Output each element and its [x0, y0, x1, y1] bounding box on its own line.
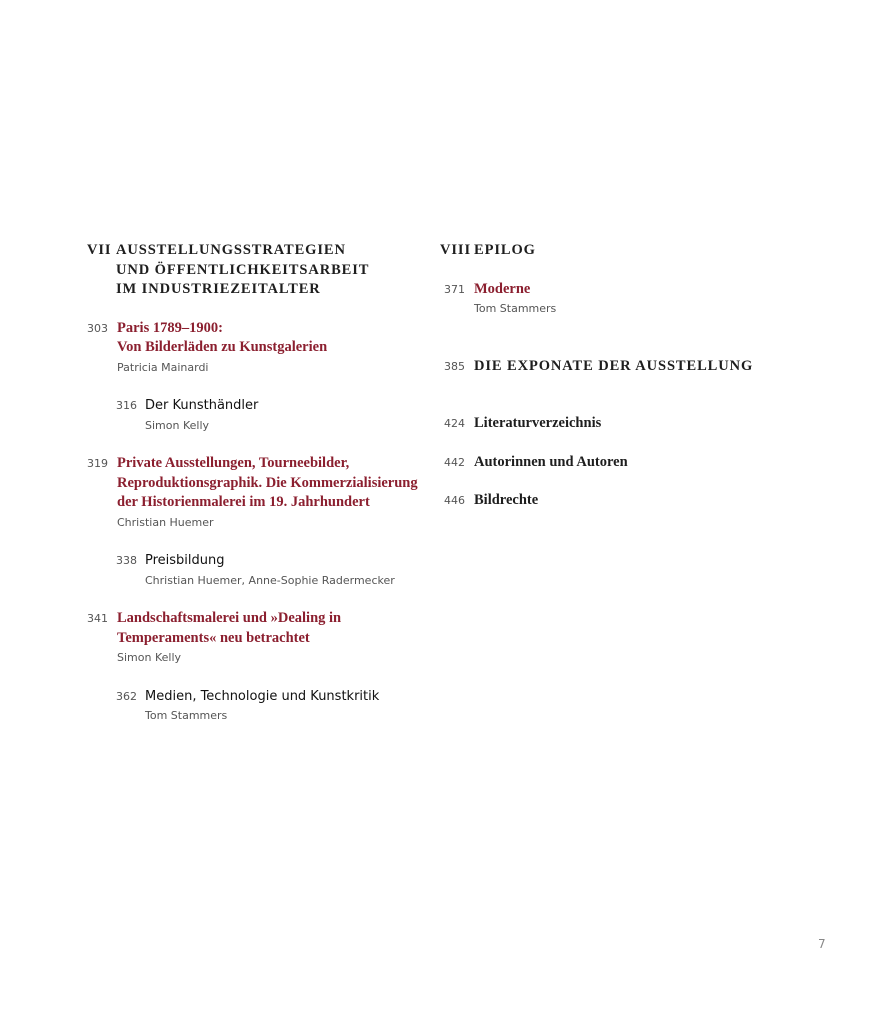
entry-title: Literaturverzeichnis: [474, 414, 601, 434]
section-title-line: AUSSTELLUNGSSTRATEGIEN: [116, 241, 369, 261]
page-ref: 385: [444, 357, 474, 377]
page-ref: 362: [116, 687, 145, 726]
page-ref: 442: [444, 453, 474, 473]
toc-subentry[interactable]: 316 Der Kunsthändler Simon Kelly: [116, 396, 432, 435]
page-ref: 371: [444, 280, 474, 319]
toc-left-column: VII AUSSTELLUNGSSTRATEGIEN UND ÖFFENTLIC…: [87, 241, 432, 726]
section-title-line: UND ÖFFENTLICHKEITSARBEIT: [116, 261, 369, 281]
page-ref: 446: [444, 491, 474, 511]
entry-title: Autorinnen und Autoren: [474, 453, 628, 473]
page-ref: 341: [87, 609, 117, 668]
section-title-line: IM INDUSTRIEZEITALTER: [116, 280, 369, 300]
entry-title: Landschaftsmalerei und »Dealing in: [117, 609, 341, 629]
section-heading-viii: VIII EPILOG: [440, 241, 785, 261]
toc-subentry[interactable]: 362 Medien, Technologie und Kunstkritik …: [116, 687, 432, 726]
entry-author: Christian Huemer, Anne-Sophie Radermecke…: [145, 571, 395, 591]
entry-title: DIE EXPONATE DER AUSSTELLUNG: [474, 357, 753, 377]
entry-author: Simon Kelly: [117, 648, 341, 668]
entry-title: Moderne: [474, 280, 556, 300]
entry-title: Temperaments« neu betrachtet: [117, 629, 341, 649]
toc-entry[interactable]: 371 Moderne Tom Stammers: [444, 280, 785, 319]
entry-title: Preisbildung: [145, 551, 395, 571]
toc-entry[interactable]: 341 Landschaftsmalerei und »Dealing in T…: [87, 609, 432, 668]
section-title-line: EPILOG: [474, 241, 536, 261]
entry-author: Tom Stammers: [474, 299, 556, 319]
section-numeral: VIII: [440, 241, 474, 261]
page-ref: 338: [116, 551, 145, 590]
section-heading-vii: VII AUSSTELLUNGSSTRATEGIEN UND ÖFFENTLIC…: [87, 241, 432, 300]
page-ref: 319: [87, 454, 117, 532]
toc-page: VII AUSSTELLUNGSSTRATEGIEN UND ÖFFENTLIC…: [0, 0, 874, 1020]
entry-author: Simon Kelly: [145, 416, 258, 436]
section-numeral: VII: [87, 241, 116, 300]
toc-subentry[interactable]: 338 Preisbildung Christian Huemer, Anne-…: [116, 551, 432, 590]
page-ref: 424: [444, 414, 474, 434]
entry-title: Bildrechte: [474, 491, 538, 511]
toc-entry[interactable]: 303 Paris 1789–1900: Von Bilderläden zu …: [87, 319, 432, 378]
toc-entry-exponate[interactable]: 385 DIE EXPONATE DER AUSSTELLUNG: [444, 357, 785, 377]
entry-title: Medien, Technologie und Kunstkritik: [145, 687, 379, 707]
page-ref: 316: [116, 396, 145, 435]
entry-author: Christian Huemer: [117, 513, 418, 533]
toc-entry-bildrechte[interactable]: 446 Bildrechte: [444, 491, 785, 511]
toc-entry-autoren[interactable]: 442 Autorinnen und Autoren: [444, 453, 785, 473]
entry-title: Der Kunsthändler: [145, 396, 258, 416]
toc-right-column: VIII EPILOG 371 Moderne Tom Stammers 385…: [440, 241, 785, 511]
entry-title: Private Ausstellungen, Tourneebilder,: [117, 454, 418, 474]
entry-title: Paris 1789–1900:: [117, 319, 327, 339]
entry-author: Patricia Mainardi: [117, 358, 327, 378]
page-number: 7: [818, 937, 826, 951]
entry-title: Reproduktionsgraphik. Die Kommerzialisie…: [117, 474, 418, 494]
page-ref: 303: [87, 319, 117, 378]
toc-entry-literatur[interactable]: 424 Literaturverzeichnis: [444, 414, 785, 434]
entry-title: Von Bilderläden zu Kunstgalerien: [117, 338, 327, 358]
entry-author: Tom Stammers: [145, 706, 379, 726]
toc-entry[interactable]: 319 Private Ausstellungen, Tourneebilder…: [87, 454, 432, 532]
entry-title: der Historienmalerei im 19. Jahrhundert: [117, 493, 418, 513]
